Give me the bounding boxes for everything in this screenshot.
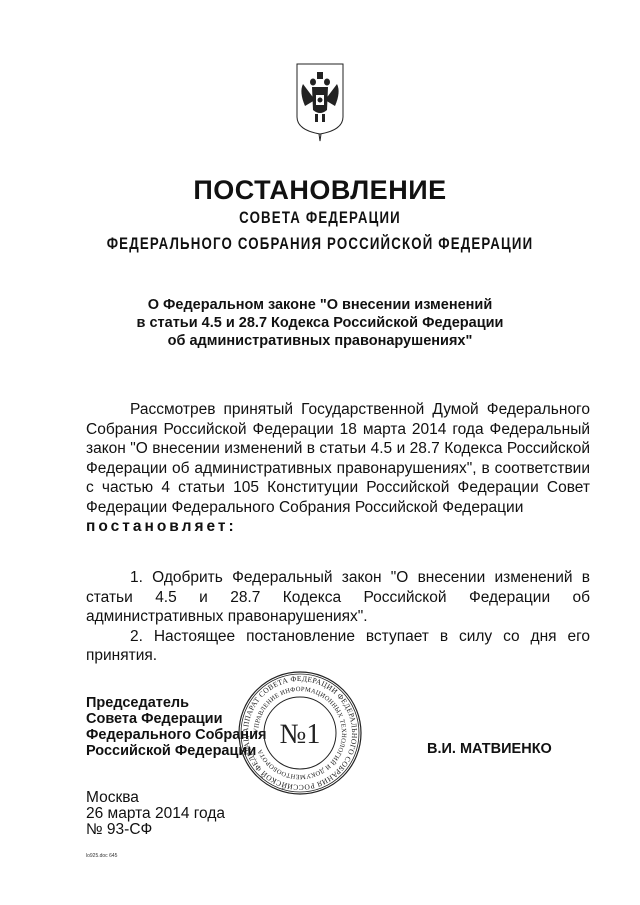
subject-line: в статьи 4.5 и 28.7 Кодекса Российской Ф… — [110, 314, 530, 332]
point-2: 2. Настоящее постановление вступает в си… — [86, 627, 590, 666]
signatory-name: В.И. МАТВИЕНКО — [427, 741, 552, 757]
stamp-number: №1 — [280, 719, 321, 750]
resolves-label: постановляет: — [86, 517, 590, 537]
subject-line: об административных правонарушениях" — [110, 332, 530, 350]
place-and-date: Москва 26 марта 2014 года № 93-СФ — [86, 790, 225, 838]
document-number: № 93-СФ — [86, 822, 225, 838]
place: Москва — [86, 790, 225, 806]
preamble: Рассмотрев принятый Государственной Думо… — [86, 400, 590, 537]
issuer-line-1: СОВЕТА ФЕДЕРАЦИИ — [70, 208, 569, 228]
date: 26 марта 2014 года — [86, 806, 225, 822]
document-title: ПОСТАНОВЛЕНИЕ — [0, 175, 640, 206]
preamble-text: Рассмотрев принятый Государственной Думо… — [86, 400, 590, 517]
issuer-line-2: ФЕДЕРАЛЬНОГО СОБРАНИЯ РОССИЙСКОЙ ФЕДЕРАЦ… — [70, 234, 569, 254]
coat-of-arms-icon — [295, 62, 345, 142]
file-code: lo925.doc 645 — [86, 853, 117, 859]
resolution-points: 1. Одобрить Федеральный закон "О внесени… — [86, 568, 590, 666]
official-stamp-icon: АППАРАТ СОВЕТА ФЕДЕРАЦИИ ФЕДЕРАЛЬНОГО СО… — [237, 670, 363, 796]
subject-line: О Федеральном законе "О внесении изменен… — [110, 296, 530, 314]
resolution-subject: О Федеральном законе "О внесении изменен… — [110, 296, 530, 350]
point-1: 1. Одобрить Федеральный закон "О внесени… — [86, 568, 590, 627]
